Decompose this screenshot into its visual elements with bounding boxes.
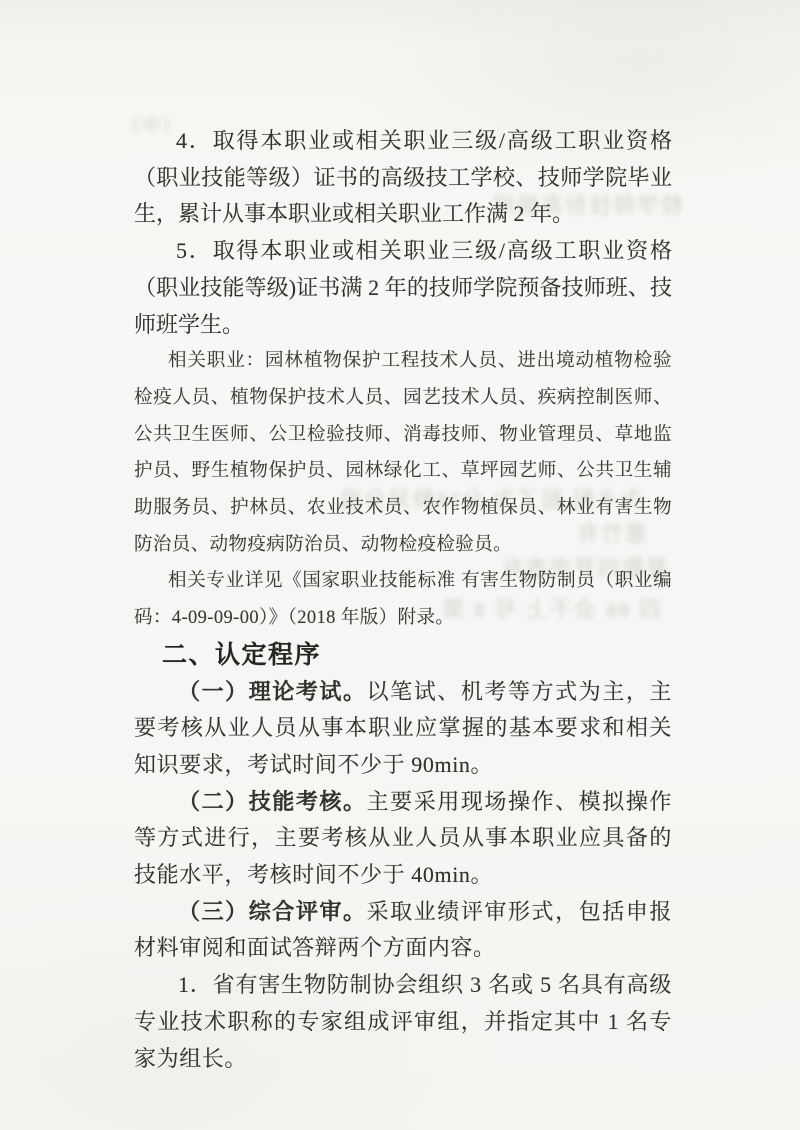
paragraph-related-majors: 相关专业详见《国家职业技能标准 有害生物防制员（职业编码：4-09-09-00）…: [134, 563, 672, 636]
procedure-lead-theory-exam: （一）理论考试。: [178, 679, 367, 704]
document-body: 4．取得本职业或相关职业三级/高级工职业资格（职业技能等级）证书的高级技工学校、…: [134, 123, 672, 1077]
scanned-document-page: （中） 校学师技份高级同 为卡相 起了为 分58龄异分追 葱竹有 爱敬四罗壳香有…: [0, 0, 800, 1130]
paragraph-expert-review-group: 1．省有害生物防制协会组织 3 名或 5 名具有高级专业技术职称的专家组成评审组…: [134, 967, 672, 1077]
paragraph-procedure-theory-exam: （一）理论考试。以笔试、机考等方式为主，主要考核从业人员从事本职业应掌握的基本要…: [134, 674, 672, 784]
procedure-lead-skill-assessment: （二）技能考核。: [178, 789, 367, 814]
paragraph-procedure-skill-assessment: （二）技能考核。主要采用现场操作、模拟操作等方式进行，主要考核从业人员从事本职业…: [134, 784, 672, 894]
procedure-lead-comprehensive-review: （三）综合评审。: [178, 899, 367, 924]
section-heading-certification-procedure: 二、认定程序: [162, 637, 672, 674]
paragraph-eligibility-item-4: 4．取得本职业或相关职业三级/高级工职业资格（职业技能等级）证书的高级技工学校、…: [134, 123, 672, 233]
paragraph-related-occupations: 相关职业：园林植物保护工程技术人员、进出境动植物检验检疫人员、植物保护技术人员、…: [134, 343, 672, 563]
paragraph-procedure-comprehensive-review: （三）综合评审。采取业绩评审形式，包括申报材料审阅和面试答辩两个方面内容。: [134, 894, 672, 967]
paragraph-eligibility-item-5: 5．取得本职业或相关职业三级/高级工职业资格（职业技能等级)证书满 2 年的技师…: [134, 233, 672, 343]
